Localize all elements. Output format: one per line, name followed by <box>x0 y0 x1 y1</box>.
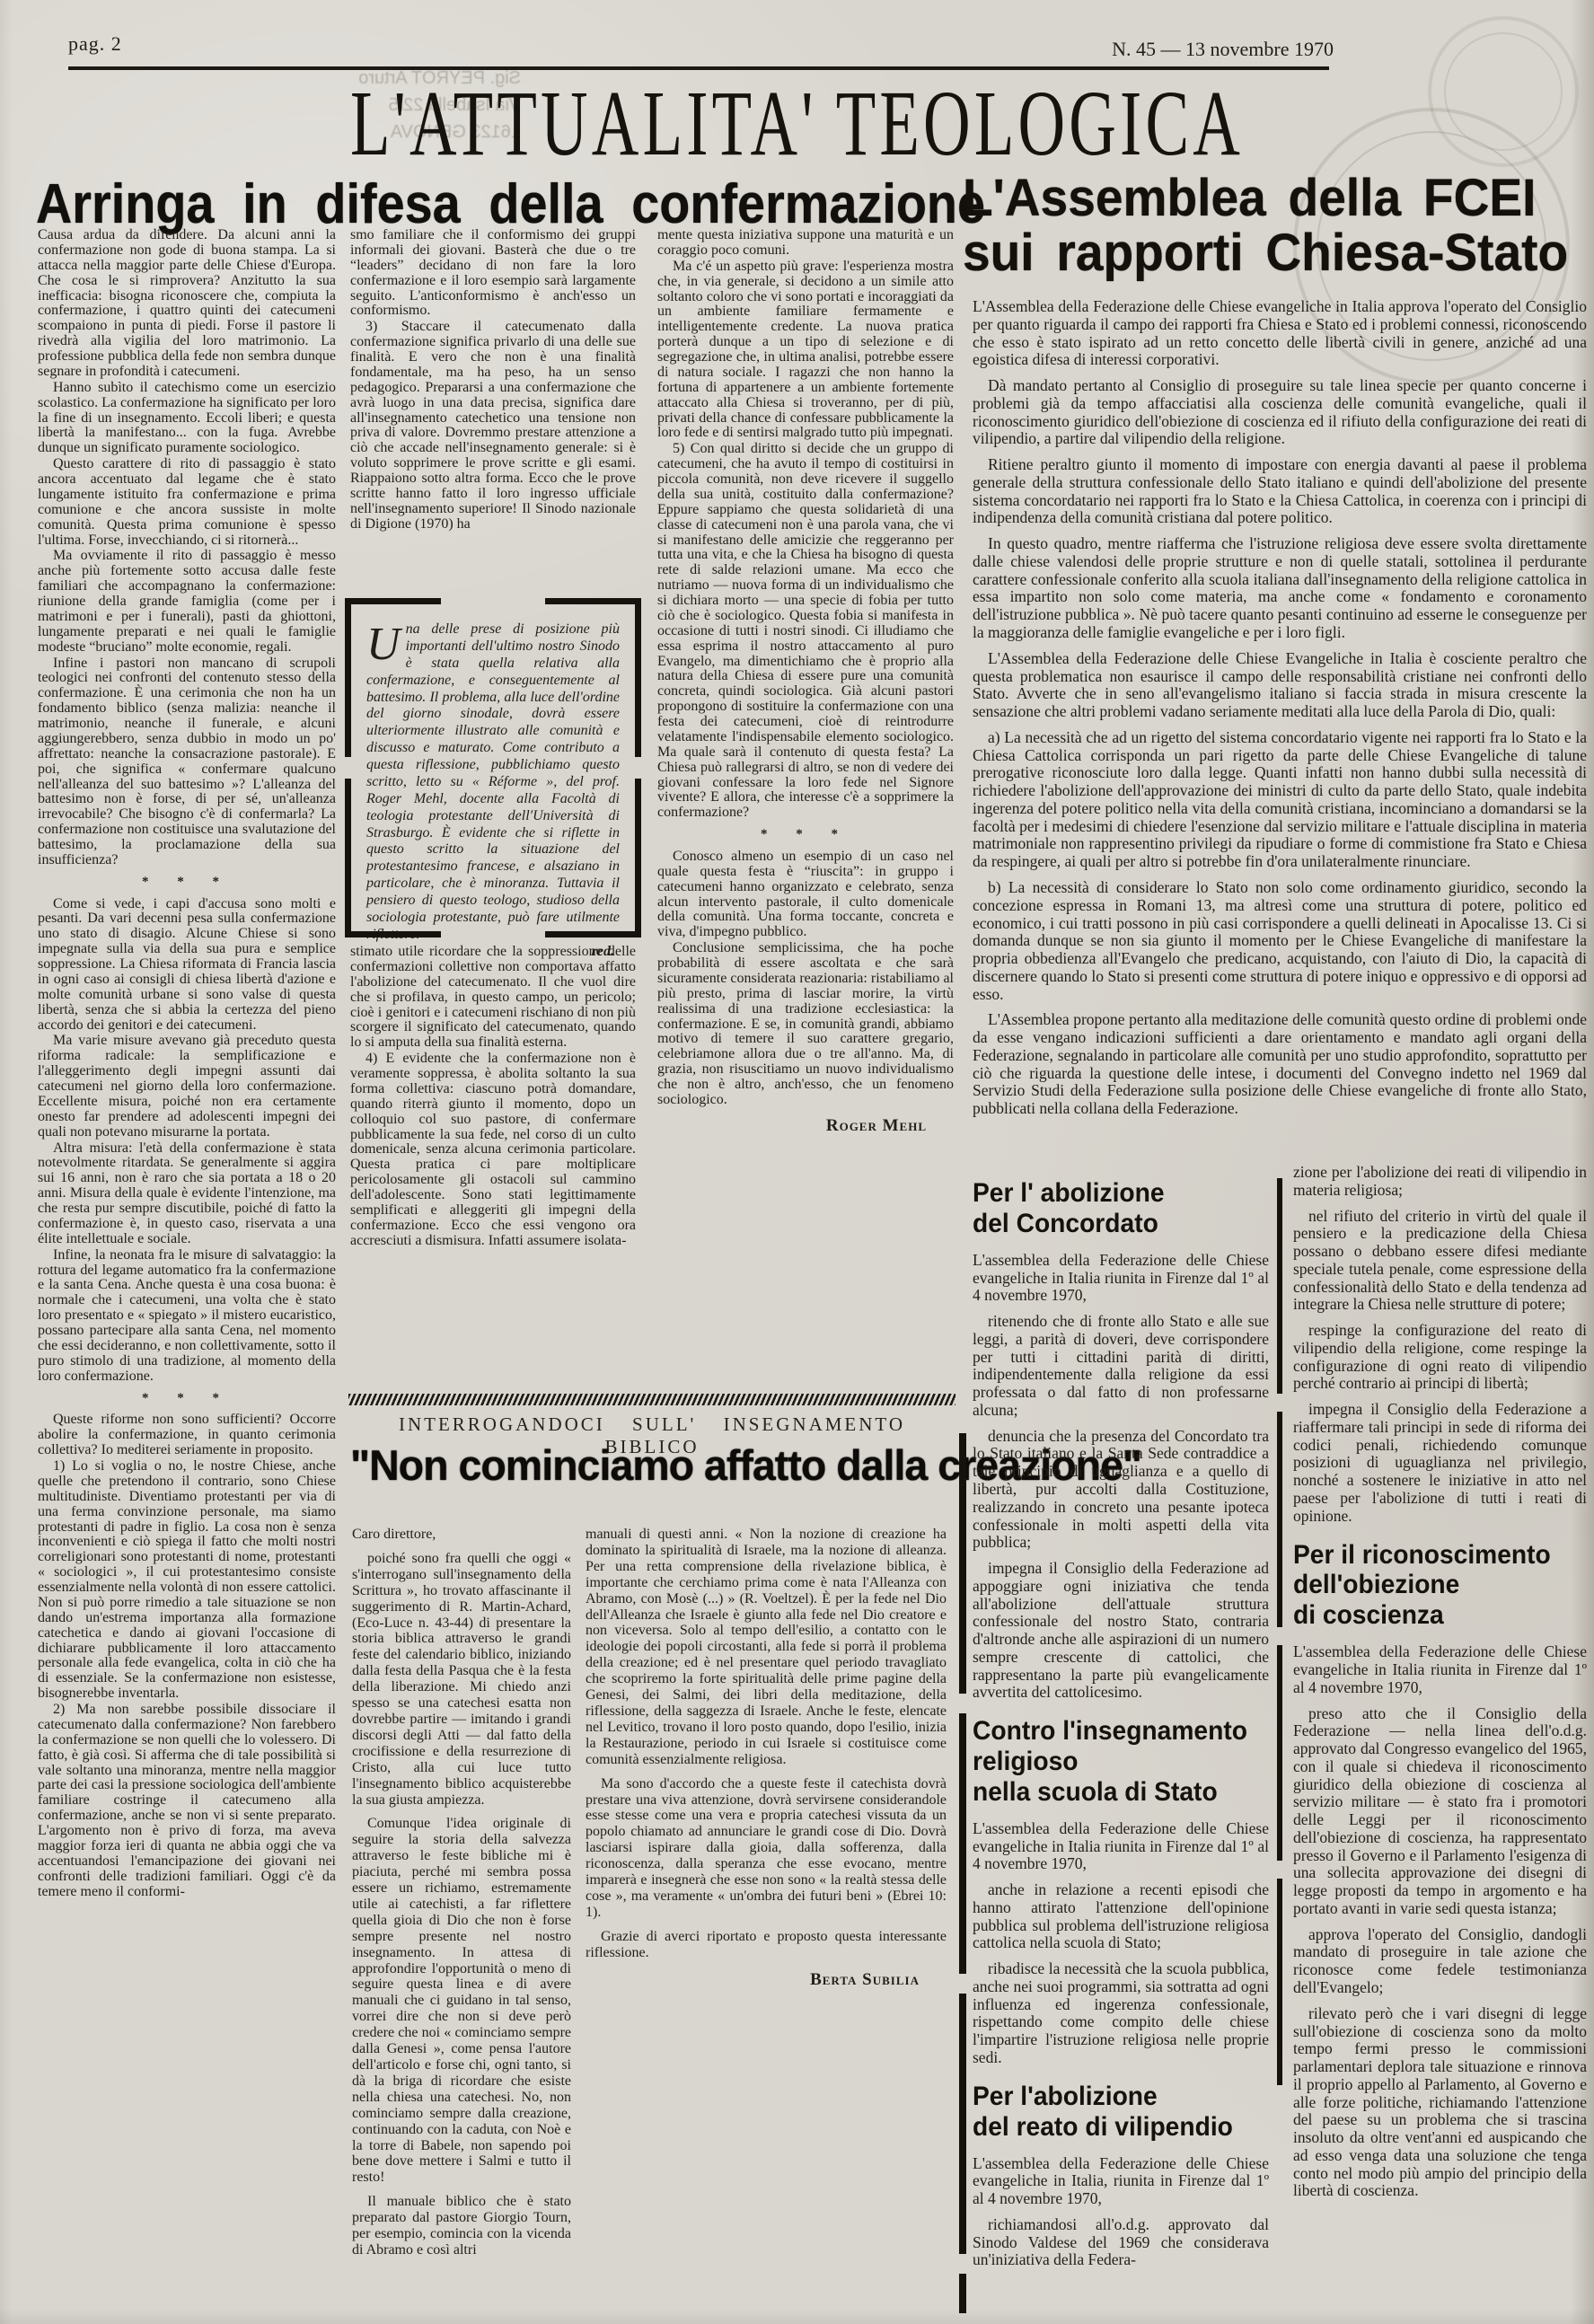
article-paragraph: Hanno subìto il catechismo come un eserc… <box>38 381 336 456</box>
article-paragraph: denuncia che la presenza del Concordato … <box>973 1428 1269 1552</box>
article-paragraph: Dà mandato pertanto al Consiglio di pros… <box>973 377 1587 448</box>
fcei-right-subcolumn: zione per l'abolizione dei reati di vili… <box>1293 1164 1587 2319</box>
article-paragraph: smo familiare che il conformismo dei gru… <box>350 228 636 319</box>
article-paragraph: L'Assemblea della Federazione delle Chie… <box>973 650 1587 721</box>
article-paragraph: 5) Con qual diritto si decide che un gru… <box>657 442 954 821</box>
editor-note-box: Una delle prese di posizione più importa… <box>345 598 641 938</box>
fcei-headline-line1: L'Assemblea della FCEI <box>963 171 1577 225</box>
article-paragraph: impegna il Consiglio della Federazione a… <box>973 1560 1269 1702</box>
article-paragraph: L'assemblea della Federazione delle Chie… <box>973 1252 1269 1305</box>
article-paragraph: ribadisce la necessità che la scuola pub… <box>973 1960 1269 2067</box>
box-corner-icon <box>345 598 441 757</box>
article-paragraph: ritenendo che di fronte allo Stato e all… <box>973 1313 1269 1420</box>
vertical-rule <box>959 1433 966 2313</box>
article-paragraph: L'Assemblea propone pertanto alla medita… <box>973 1011 1587 1118</box>
article-paragraph: In questo quadro, mentre riafferma che l… <box>973 535 1587 642</box>
article-paragraph: Il manuale biblico che è stato preparato… <box>352 2194 571 2258</box>
fcei-headline-line2: sui rapporti Chiesa-Stato <box>963 225 1577 280</box>
box-corner-icon <box>545 598 641 757</box>
author-signature: Berta Subilia <box>586 1970 947 1989</box>
article-paragraph: Caro direttore, <box>352 1527 571 1543</box>
fcei-headline: L'Assemblea della FCEI sui rapporti Chie… <box>963 171 1577 281</box>
fcei-left-subcolumn: Per l' abolizione del ConcordatoL'assemb… <box>973 1164 1269 2319</box>
postal-stamp-small-icon <box>1428 16 1579 167</box>
article-paragraph: preso atto che il Consiglio della Federa… <box>1293 1705 1587 1918</box>
article-paragraph: 2) Ma non sarebbe possibile dissociare i… <box>38 1703 336 1899</box>
issue-date: N. 45 — 13 novembre 1970 <box>1060 38 1334 61</box>
hatched-separator <box>348 1394 956 1405</box>
confirmation-column-3: mente questa iniziativa suppone una matu… <box>657 228 954 1395</box>
article-paragraph: L'assemblea della Federazione delle Chie… <box>1293 1643 1587 1696</box>
section-subhead: Per l'abolizione del reato di vilipendio <box>973 2082 1251 2143</box>
article-paragraph: Come si vede, i capi d'accusa sono molti… <box>38 897 336 1034</box>
article-paragraph: richiamandosi all'o.d.g. approvato dal S… <box>973 2216 1269 2269</box>
article-paragraph: approva l'operato del Consiglio, dandogl… <box>1293 1926 1587 1997</box>
article-paragraph: a) La necessità che ad un rigetto del si… <box>973 729 1587 871</box>
confirmation-column-2-bottom: stimato utile ricordare che la soppressi… <box>350 945 636 1404</box>
article-paragraph: Grazie di averci riportato e proposto qu… <box>586 1929 947 1961</box>
article-paragraph: b) La necessità di considerare lo Stato … <box>973 879 1587 1003</box>
article-paragraph: poiché sono fra quelli che oggi « s'inte… <box>352 1551 571 1809</box>
article-paragraph: 4) E evidente che la confermazione non è… <box>350 1052 636 1248</box>
article-paragraph: impegna il Consiglio della Federazione a… <box>1293 1401 1587 1525</box>
fcei-intro-column: L'Assemblea della Federazione delle Chie… <box>973 298 1587 1157</box>
subcolumn-divider-rule <box>1277 1178 1282 2085</box>
section-masthead: L'ATTUALITA' TEOLOGICA <box>239 70 1355 177</box>
article-paragraph: Infine, la neonata fra le misure di salv… <box>38 1248 336 1385</box>
section-subhead: Per il riconoscimento dell'obiezione di … <box>1293 1540 1569 1632</box>
article-paragraph: L'Assemblea della Federazione delle Chie… <box>973 298 1587 369</box>
article-paragraph: Conosco almeno un esempio di un caso nel… <box>657 849 954 940</box>
asterisk-separator: * * * <box>38 876 336 890</box>
article-paragraph: stimato utile ricordare che la soppressi… <box>350 945 636 1051</box>
asterisk-separator: * * * <box>38 1392 336 1406</box>
section-subhead: Contro l'insegnamento religioso nella sc… <box>973 1716 1251 1808</box>
article-paragraph: Causa ardua da difendere. Da alcuni anni… <box>38 228 336 380</box>
article-paragraph: rilevato però che i vari disegni di legg… <box>1293 2005 1587 2200</box>
article-paragraph: L'assemblea della Federazione delle Chie… <box>973 1820 1269 1873</box>
article-paragraph: zione per l'abolizione dei reati di vili… <box>1293 1164 1587 1200</box>
article-paragraph: anche in relazione a recenti episodi che… <box>973 1881 1269 1952</box>
newspaper-page: Sig. PEYROT Arturo Via Isabella 22/5 161… <box>0 0 1594 2324</box>
creation-column-2: manuali di questi anni. « Non la nozione… <box>586 1527 947 2310</box>
article-paragraph: Queste riforme non sono sufficienti? Occ… <box>38 1413 336 1458</box>
article-paragraph: Questo carattere di rito di passaggio è … <box>38 457 336 548</box>
article-paragraph: Ma sono d'accordo che a queste feste il … <box>586 1776 947 1921</box>
page-number: pag. 2 <box>68 32 122 56</box>
article-paragraph: L'assemblea della Federazione delle Chie… <box>973 2155 1269 2208</box>
confirmation-column-1: Causa ardua da difendere. Da alcuni anni… <box>38 228 336 2236</box>
article-paragraph: Ma ovviamente il rito di passaggio è mes… <box>38 549 336 655</box>
article-paragraph: 3) Staccare il catecumenato dalla confer… <box>350 320 636 532</box>
confirmation-column-2-top: smo familiare che il conformismo dei gru… <box>350 228 636 594</box>
article-paragraph: manuali di questi anni. « Non la nozione… <box>586 1527 947 1768</box>
article-paragraph: 1) Lo si voglia o no, le nostre Chiese, … <box>38 1459 336 1702</box>
article-paragraph: nel rifiuto del criterio in virtù del qu… <box>1293 1208 1587 1315</box>
article-paragraph: Ma varie misure avevano già preceduto qu… <box>38 1034 336 1140</box>
box-corner-icon <box>345 779 441 938</box>
author-signature: Roger Mehl <box>657 1117 954 1135</box>
creation-column-1: Caro direttore,poiché sono fra quelli ch… <box>352 1527 571 2310</box>
article-paragraph: Altra misura: l'età della confermazione … <box>38 1141 336 1247</box>
article-paragraph: mente questa iniziativa suppone una matu… <box>657 228 954 259</box>
article-paragraph: Infine i pastori non mancano di scrupoli… <box>38 656 336 868</box>
article-paragraph: Conclusione semplicissima, che ha poche … <box>657 941 954 1108</box>
confirmation-headline: Arringa in difesa della confermazione <box>36 172 985 236</box>
section-subhead: Per l' abolizione del Concordato <box>973 1178 1251 1239</box>
article-paragraph: respinge la configurazione del reato di … <box>1293 1322 1587 1393</box>
box-corner-icon <box>545 779 641 938</box>
article-paragraph: Ma c'é un aspetto più grave: l'esperienz… <box>657 260 954 442</box>
article-paragraph: Comunque l'idea originale di seguire la … <box>352 1816 571 2186</box>
asterisk-separator: * * * <box>657 828 954 842</box>
article-paragraph: Ritiene peraltro giunto il momento di im… <box>973 456 1587 527</box>
